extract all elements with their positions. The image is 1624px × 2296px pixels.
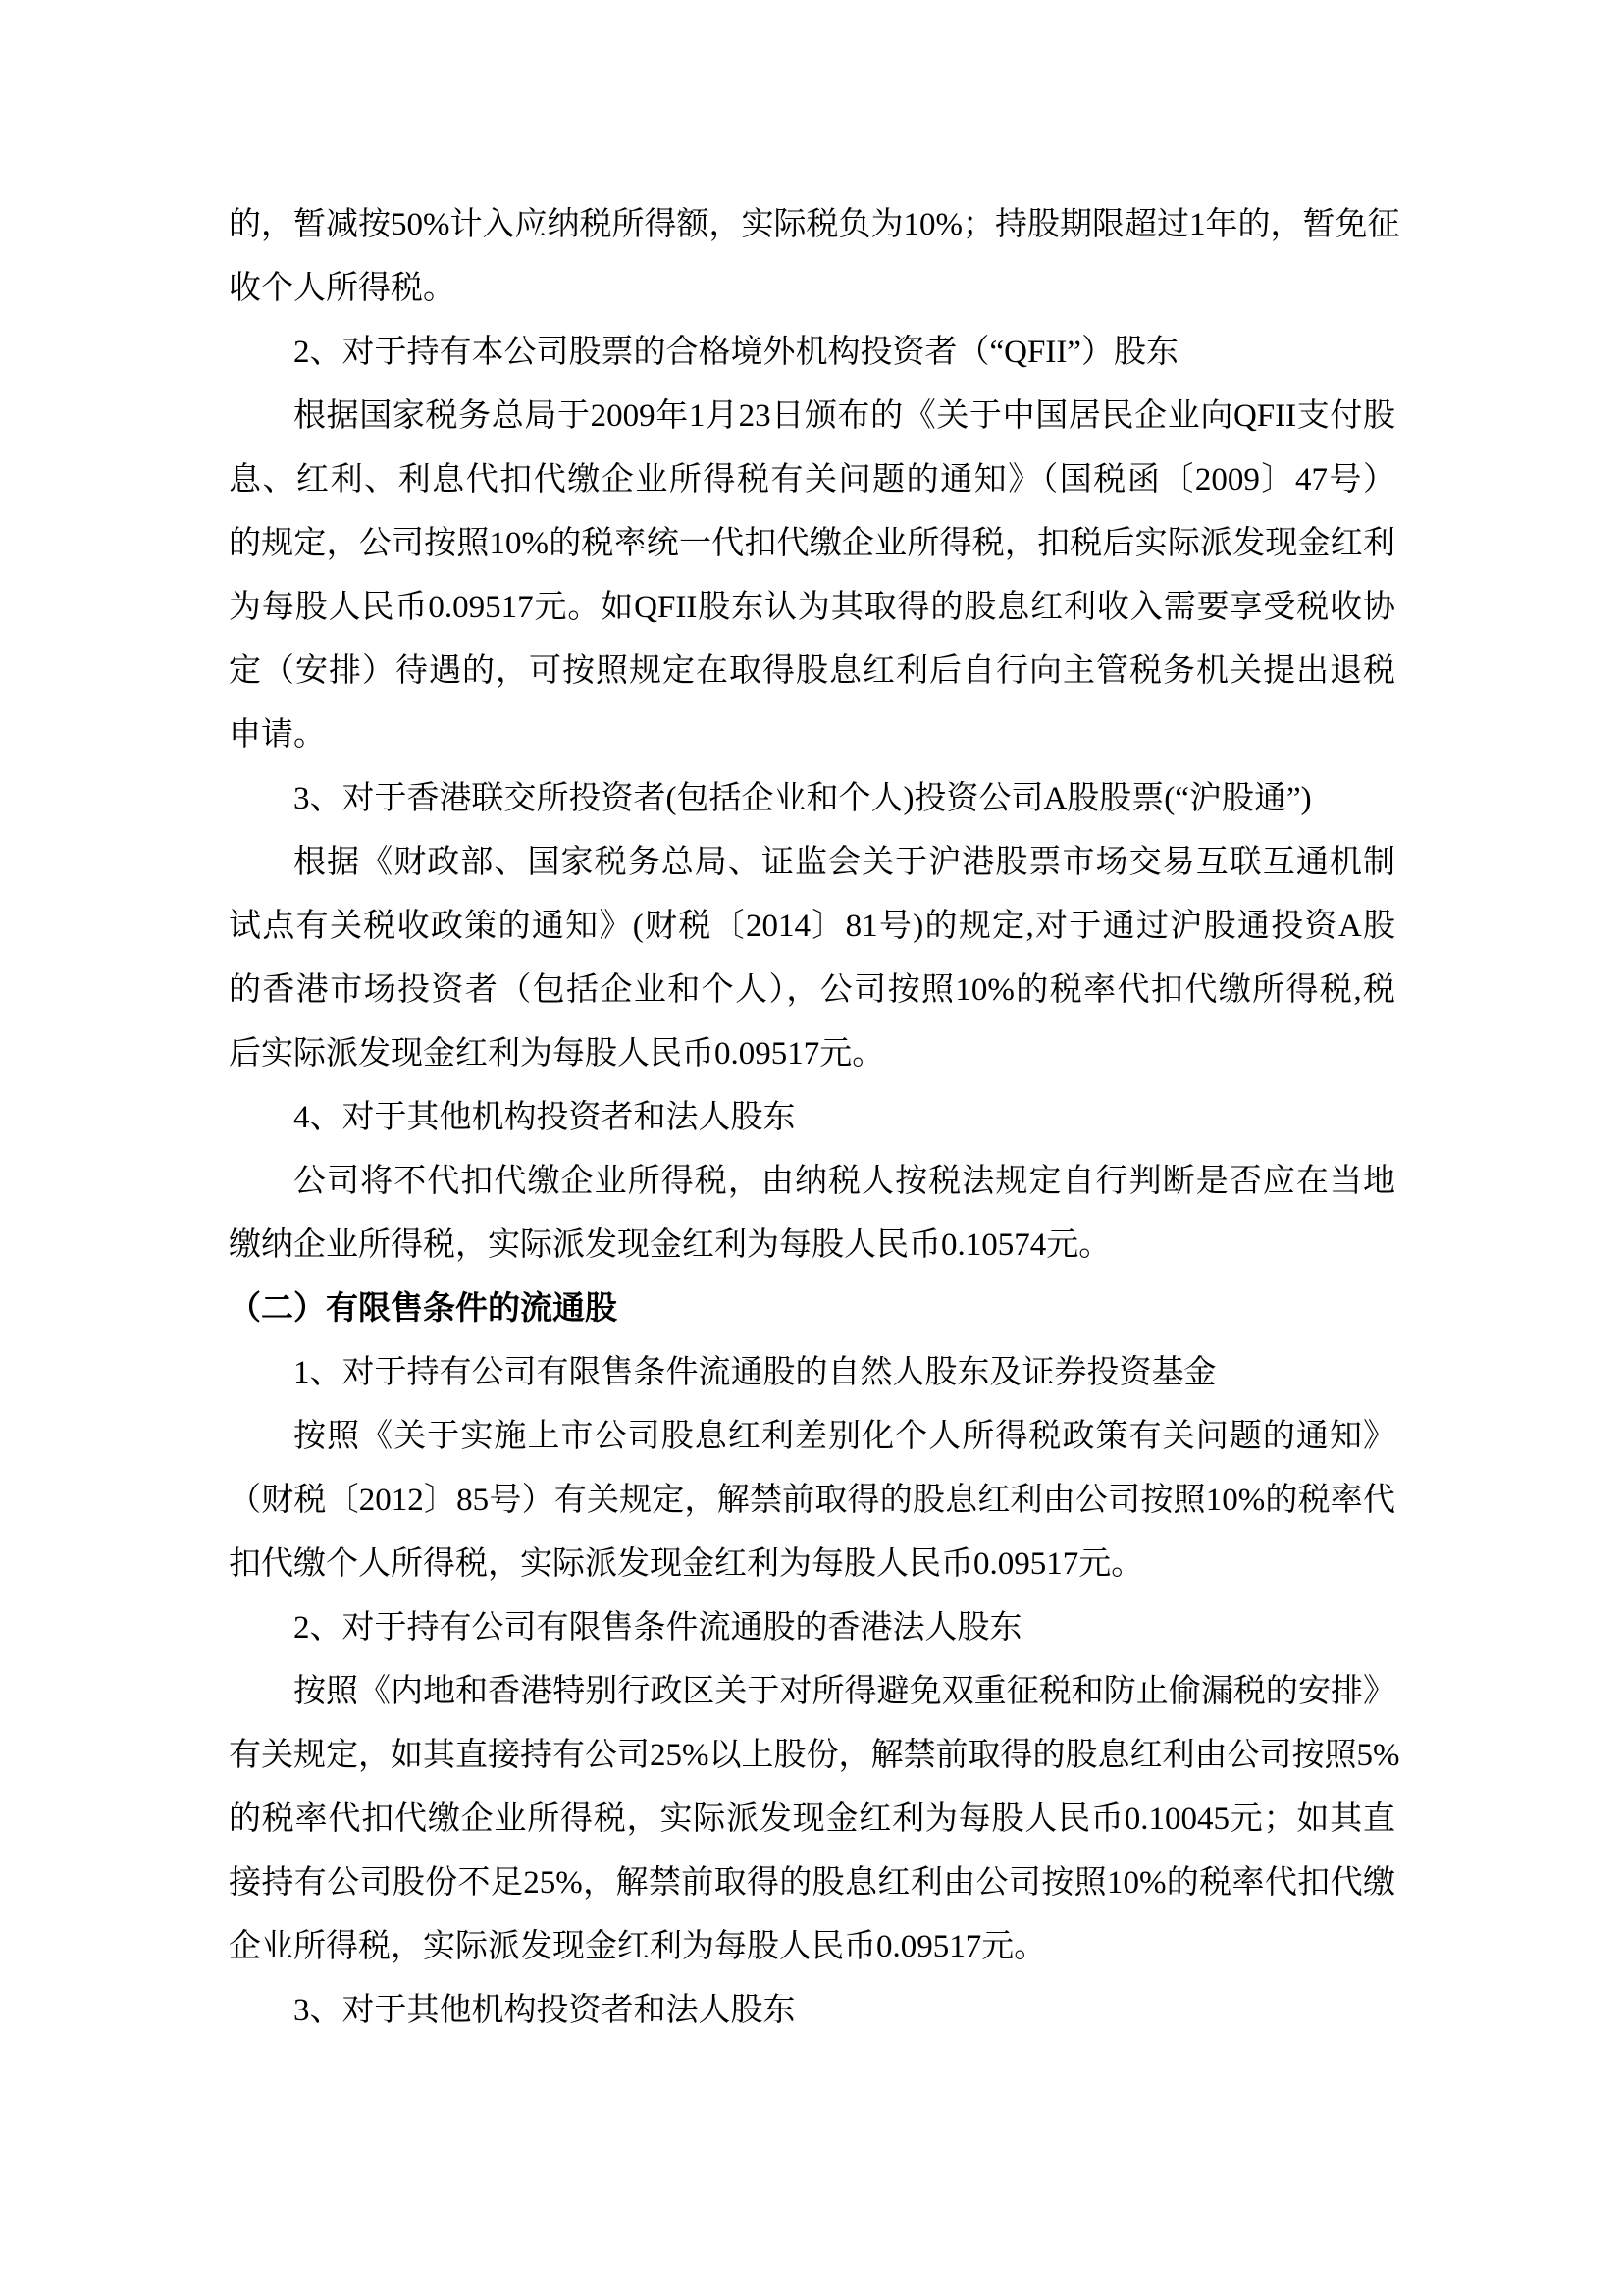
paragraph: 4、对于其他机构投资者和法人股东: [229, 1086, 1395, 1150]
text-line: （财税〔2012〕85号）有关规定，解禁前取得的股息红利由公司按照10%的税率代: [229, 1469, 1395, 1533]
text-line: 企业所得税，实际派发现金红利为每股人民币0.09517元。: [229, 1915, 1395, 1979]
text-line: 接持有公司股份不足25%，解禁前取得的股息红利由公司按照10%的税率代扣代缴: [229, 1852, 1395, 1915]
text-line: 的规定，公司按照10%的税率统一代扣代缴企业所得税，扣税后实际派发现金红利: [229, 512, 1395, 576]
paragraph: 2、对于持有本公司股票的合格境外机构投资者（“QFII”）股东: [229, 321, 1395, 385]
text-line: 的香港市场投资者（包括企业和个人），公司按照10%的税率代扣代缴所得税,税: [229, 959, 1395, 1022]
text-line: 1、对于持有公司有限售条件流通股的自然人股东及证券投资基金: [229, 1341, 1395, 1405]
section-heading: （二）有限售条件的流通股: [229, 1278, 1395, 1341]
paragraph: 根据《财政部、国家税务总局、证监会关于沪港股票市场交易互联互通机制试点有关税收政…: [229, 831, 1395, 1086]
text-line: 按照《内地和香港特别行政区关于对所得避免双重征税和防止偷漏税的安排》: [229, 1660, 1395, 1724]
paragraph: 3、对于其他机构投资者和法人股东: [229, 1979, 1395, 2043]
text-line: 3、对于香港联交所投资者(包括企业和个人)投资公司A股股票(“沪股通”): [229, 767, 1395, 831]
text-line: 的税率代扣代缴企业所得税，实际派发现金红利为每股人民币0.10045元；如其直: [229, 1788, 1395, 1852]
text-line: （二）有限售条件的流通股: [229, 1278, 1395, 1341]
text-line: 公司将不代扣代缴企业所得税，由纳税人按税法规定自行判断是否应在当地: [229, 1150, 1395, 1214]
paragraph: 1、对于持有公司有限售条件流通股的自然人股东及证券投资基金: [229, 1341, 1395, 1405]
paragraph: 3、对于香港联交所投资者(包括企业和个人)投资公司A股股票(“沪股通”): [229, 767, 1395, 831]
paragraph: 的，暂减按50%计入应纳税所得额，实际税负为10%；持股期限超过1年的，暂免征收…: [229, 193, 1395, 321]
text-line: 4、对于其他机构投资者和法人股东: [229, 1086, 1395, 1150]
text-line: 2、对于持有公司有限售条件流通股的香港法人股东: [229, 1596, 1395, 1660]
text-line: 定（安排）待遇的，可按照规定在取得股息红利后自行向主管税务机关提出退税: [229, 640, 1395, 704]
text-line: 收个人所得税。: [229, 257, 1395, 321]
text-line: 有关规定，如其直接持有公司25%以上股份，解禁前取得的股息红利由公司按照5%: [229, 1724, 1395, 1788]
text-line: 试点有关税收政策的通知》(财税〔2014〕81号)的规定,对于通过沪股通投资A股: [229, 895, 1395, 959]
text-line: 的，暂减按50%计入应纳税所得额，实际税负为10%；持股期限超过1年的，暂免征: [229, 193, 1395, 257]
text-line: 3、对于其他机构投资者和法人股东: [229, 1979, 1395, 2043]
text-line: 为每股人民币0.09517元。如QFII股东认为其取得的股息红利收入需要享受税收…: [229, 576, 1395, 640]
paragraph: 根据国家税务总局于2009年1月23日颁布的《关于中国居民企业向QFII支付股息…: [229, 385, 1395, 767]
paragraph: 公司将不代扣代缴企业所得税，由纳税人按税法规定自行判断是否应在当地缴纳企业所得税…: [229, 1150, 1395, 1278]
text-line: 息、红利、利息代扣代缴企业所得税有关问题的通知》（国税函〔2009〕47号）: [229, 448, 1395, 512]
text-line: 根据《财政部、国家税务总局、证监会关于沪港股票市场交易互联互通机制: [229, 831, 1395, 895]
document-page: 的，暂减按50%计入应纳税所得额，实际税负为10%；持股期限超过1年的，暂免征收…: [0, 0, 1624, 2296]
text-line: 申请。: [229, 704, 1395, 767]
text-line: 扣代缴个人所得税，实际派发现金红利为每股人民币0.09517元。: [229, 1533, 1395, 1596]
text-line: 后实际派发现金红利为每股人民币0.09517元。: [229, 1022, 1395, 1086]
paragraph: 2、对于持有公司有限售条件流通股的香港法人股东: [229, 1596, 1395, 1660]
text-line: 按照《关于实施上市公司股息红利差别化个人所得税政策有关问题的通知》: [229, 1405, 1395, 1469]
paragraph: 按照《内地和香港特别行政区关于对所得避免双重征税和防止偷漏税的安排》有关规定，如…: [229, 1660, 1395, 1979]
document-body: 的，暂减按50%计入应纳税所得额，实际税负为10%；持股期限超过1年的，暂免征收…: [229, 193, 1395, 2043]
paragraph: 按照《关于实施上市公司股息红利差别化个人所得税政策有关问题的通知》（财税〔201…: [229, 1405, 1395, 1596]
text-line: 缴纳企业所得税，实际派发现金红利为每股人民币0.10574元。: [229, 1214, 1395, 1278]
text-line: 2、对于持有本公司股票的合格境外机构投资者（“QFII”）股东: [229, 321, 1395, 385]
text-line: 根据国家税务总局于2009年1月23日颁布的《关于中国居民企业向QFII支付股: [229, 385, 1395, 448]
